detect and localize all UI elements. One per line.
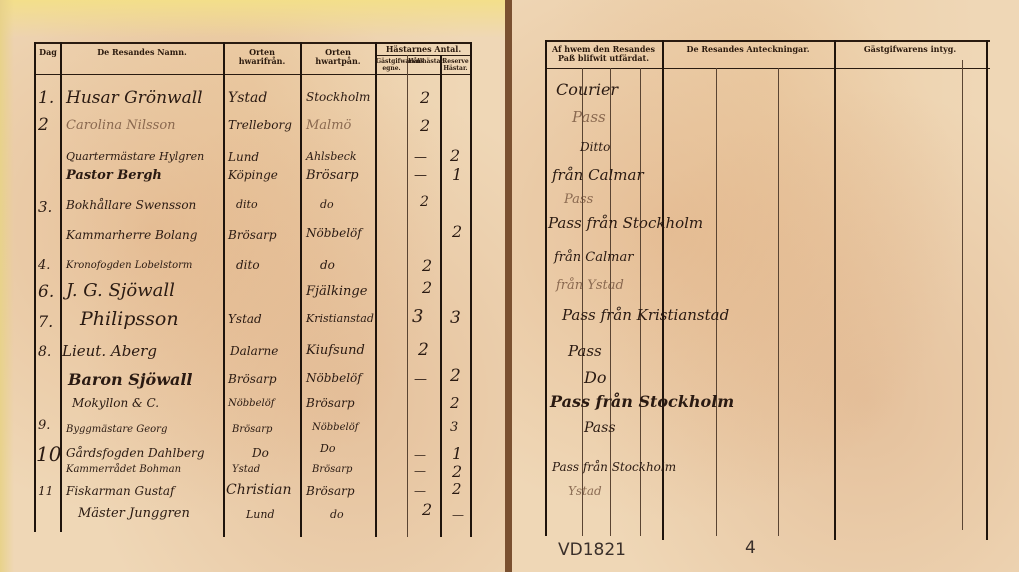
row-reserve: 2: [452, 480, 462, 498]
book-spine: [505, 0, 512, 572]
passport-entry: från Calmar: [554, 250, 633, 265]
row-name: Kammarherre Bolang: [66, 228, 197, 242]
row-to: Fjälkinge: [306, 284, 367, 299]
row-own: 2: [420, 88, 430, 107]
row-reserve: 1: [452, 165, 462, 184]
passport-entry: Pass från Stockholm: [552, 460, 676, 474]
row-from: Brösarp: [232, 424, 272, 435]
col-rule: [778, 68, 779, 536]
passport-entry: Pass: [568, 342, 602, 360]
header-traveler-name: De Resandes Namn.: [62, 48, 222, 57]
row-name: Pastor Bergh: [66, 168, 162, 183]
row-from: Lund: [246, 508, 275, 521]
row-to: Nöbbelöf: [306, 226, 362, 240]
row-from: Do: [252, 446, 269, 460]
row-hall: —: [414, 150, 427, 165]
row-from: dito: [236, 258, 260, 272]
passport-entry: Courier: [556, 80, 618, 99]
col-rule: [375, 42, 377, 537]
row-reserve: 3: [450, 308, 461, 328]
row-from: Brösarp: [228, 228, 277, 242]
row-to: do: [320, 198, 334, 211]
header-reserve-horses: Reserve Hästar.: [441, 58, 470, 72]
col-rule: [223, 42, 225, 537]
row-name: Mokyllon & C.: [72, 396, 159, 410]
row-to: Brösarp: [306, 396, 355, 410]
row-from: dito: [236, 198, 258, 211]
row-to: Ahlsbeck: [306, 150, 357, 163]
row-own: 2: [418, 340, 429, 360]
header-horses-count: Hästarnes Antal.: [377, 45, 470, 54]
col-rule: [407, 55, 408, 537]
horses-subheader-rule: [375, 55, 472, 56]
passport-entry: Pass från Stockholm: [548, 214, 703, 232]
passport-entry: Do: [584, 368, 606, 387]
row-day: 3.: [38, 198, 52, 216]
row-own: 2: [420, 116, 430, 135]
row-name: Lieut. Aberg: [62, 342, 157, 360]
row-own: 2: [422, 256, 432, 275]
header-innkeeper-certificate: Gästgifwarens intyg.: [836, 45, 984, 54]
row-own: 2: [420, 194, 429, 210]
header-traveler-notes: De Resandes Anteckningar.: [664, 45, 832, 54]
row-day: 9.: [38, 418, 50, 433]
row-reserve: 2: [450, 394, 460, 412]
row-reserve: 1: [452, 444, 462, 463]
row-from: Christian: [226, 482, 292, 498]
passport-entry: Pass från Stockholm: [550, 392, 734, 411]
passport-entry: från Calmar: [552, 166, 644, 184]
row-to: Brösarp: [306, 484, 355, 498]
row-from: Ystad: [228, 90, 267, 106]
col-rule: [300, 42, 302, 537]
row-hall: —: [414, 168, 427, 183]
row-to: Nöbbelöf: [312, 422, 358, 433]
page-number: 4: [745, 538, 756, 558]
row-day: 2: [38, 115, 49, 135]
passport-entry: Pass: [572, 108, 606, 126]
row-from: Nöbbelöf: [228, 398, 274, 409]
col-rule: [545, 40, 547, 536]
row-day: 6.: [38, 282, 54, 302]
archive-stamp: VD1821: [558, 540, 626, 560]
col-rule: [440, 55, 442, 537]
row-from: Brösarp: [228, 372, 277, 386]
row-reserve: 3: [450, 420, 458, 435]
row-hall: —: [414, 448, 426, 462]
row-name: Carolina Nilsson: [66, 118, 176, 133]
row-from: Trelleborg: [228, 118, 292, 132]
passport-entry: från Ystad: [556, 278, 624, 293]
row-hall: —: [414, 484, 426, 498]
row-to: Kristianstad: [306, 312, 374, 325]
row-reserve: 2: [452, 222, 462, 241]
row-to: Brösarp: [312, 464, 352, 475]
row-day: 11: [38, 484, 53, 498]
row-day: 8.: [38, 344, 51, 360]
row-name: Kammerrådet Bohman: [66, 464, 181, 475]
passport-entry: Pass: [584, 420, 616, 436]
row-hall: —: [414, 372, 427, 387]
row-to: do: [330, 508, 344, 521]
passport-entry: Pass: [564, 192, 593, 207]
row-name: Fiskarman Gustaf: [66, 484, 174, 498]
row-from: Ystad: [232, 464, 260, 475]
row-own: 2: [422, 500, 432, 519]
col-rule: [470, 42, 472, 537]
row-reserve: 2: [450, 366, 461, 386]
row-name: Quartermästare Hylgren: [66, 150, 204, 163]
row-to: Do: [320, 442, 335, 455]
row-own: 2: [422, 278, 432, 297]
row-to: Malmö: [306, 118, 351, 133]
header-relay-horses: Hållhästar.: [408, 58, 440, 65]
row-own: 3: [412, 306, 423, 327]
col-rule: [962, 60, 963, 530]
row-from: Dalarne: [230, 344, 278, 358]
header-day: Dag: [36, 48, 60, 57]
row-name: J. G. Sjöwall: [66, 280, 175, 301]
row-reserve: 2: [450, 146, 460, 165]
row-name: Philipsson: [80, 308, 179, 330]
col-rule: [834, 40, 836, 540]
col-rule: [986, 40, 988, 540]
row-name: Baron Sjöwall: [68, 370, 193, 389]
row-name: Gårdsfogden Dahlberg: [66, 446, 205, 460]
header-bottom-rule: [545, 68, 990, 69]
row-name: Mäster Junggren: [78, 506, 190, 521]
passport-entry: Ditto: [580, 140, 610, 154]
row-day: 4.: [38, 258, 50, 273]
row-day: 10: [36, 442, 61, 466]
row-name: Bokhållare Swensson: [66, 198, 196, 212]
row-to: do: [320, 258, 335, 272]
row-hall: —: [414, 464, 426, 478]
row-from: Ystad: [228, 312, 262, 326]
header-origin: Orten hwarifrån.: [226, 48, 298, 66]
header-top-rule: [545, 40, 990, 42]
row-name: Husar Grönwall: [66, 88, 203, 108]
row-reserve: 2: [452, 462, 462, 481]
row-from: Köpinge: [228, 168, 278, 182]
header-innkeeper-horses: Gästgifwarens egne.: [376, 58, 407, 72]
row-day: 1.: [38, 88, 54, 108]
row-to: Stockholm: [306, 90, 370, 104]
row-to: Kiufsund: [306, 343, 365, 358]
row-reserve: —: [452, 508, 464, 522]
header-destination: Orten hwartpån.: [303, 48, 373, 66]
row-day: 7.: [38, 312, 53, 331]
row-to: Brösarp: [306, 168, 359, 183]
col-rule: [716, 68, 717, 536]
row-to: Nöbbelöf: [306, 371, 362, 385]
passport-entry: Pass från Kristianstad: [562, 306, 729, 324]
row-name: Kronofogden Lobelstorm: [66, 260, 192, 271]
row-from: Lund: [228, 150, 259, 164]
header-passport-issuer: Af hwem den Resandes Paß blifwit utfärda…: [547, 45, 660, 63]
passport-entry: Ystad: [568, 484, 602, 498]
row-name: Byggmästare Georg: [66, 424, 167, 435]
